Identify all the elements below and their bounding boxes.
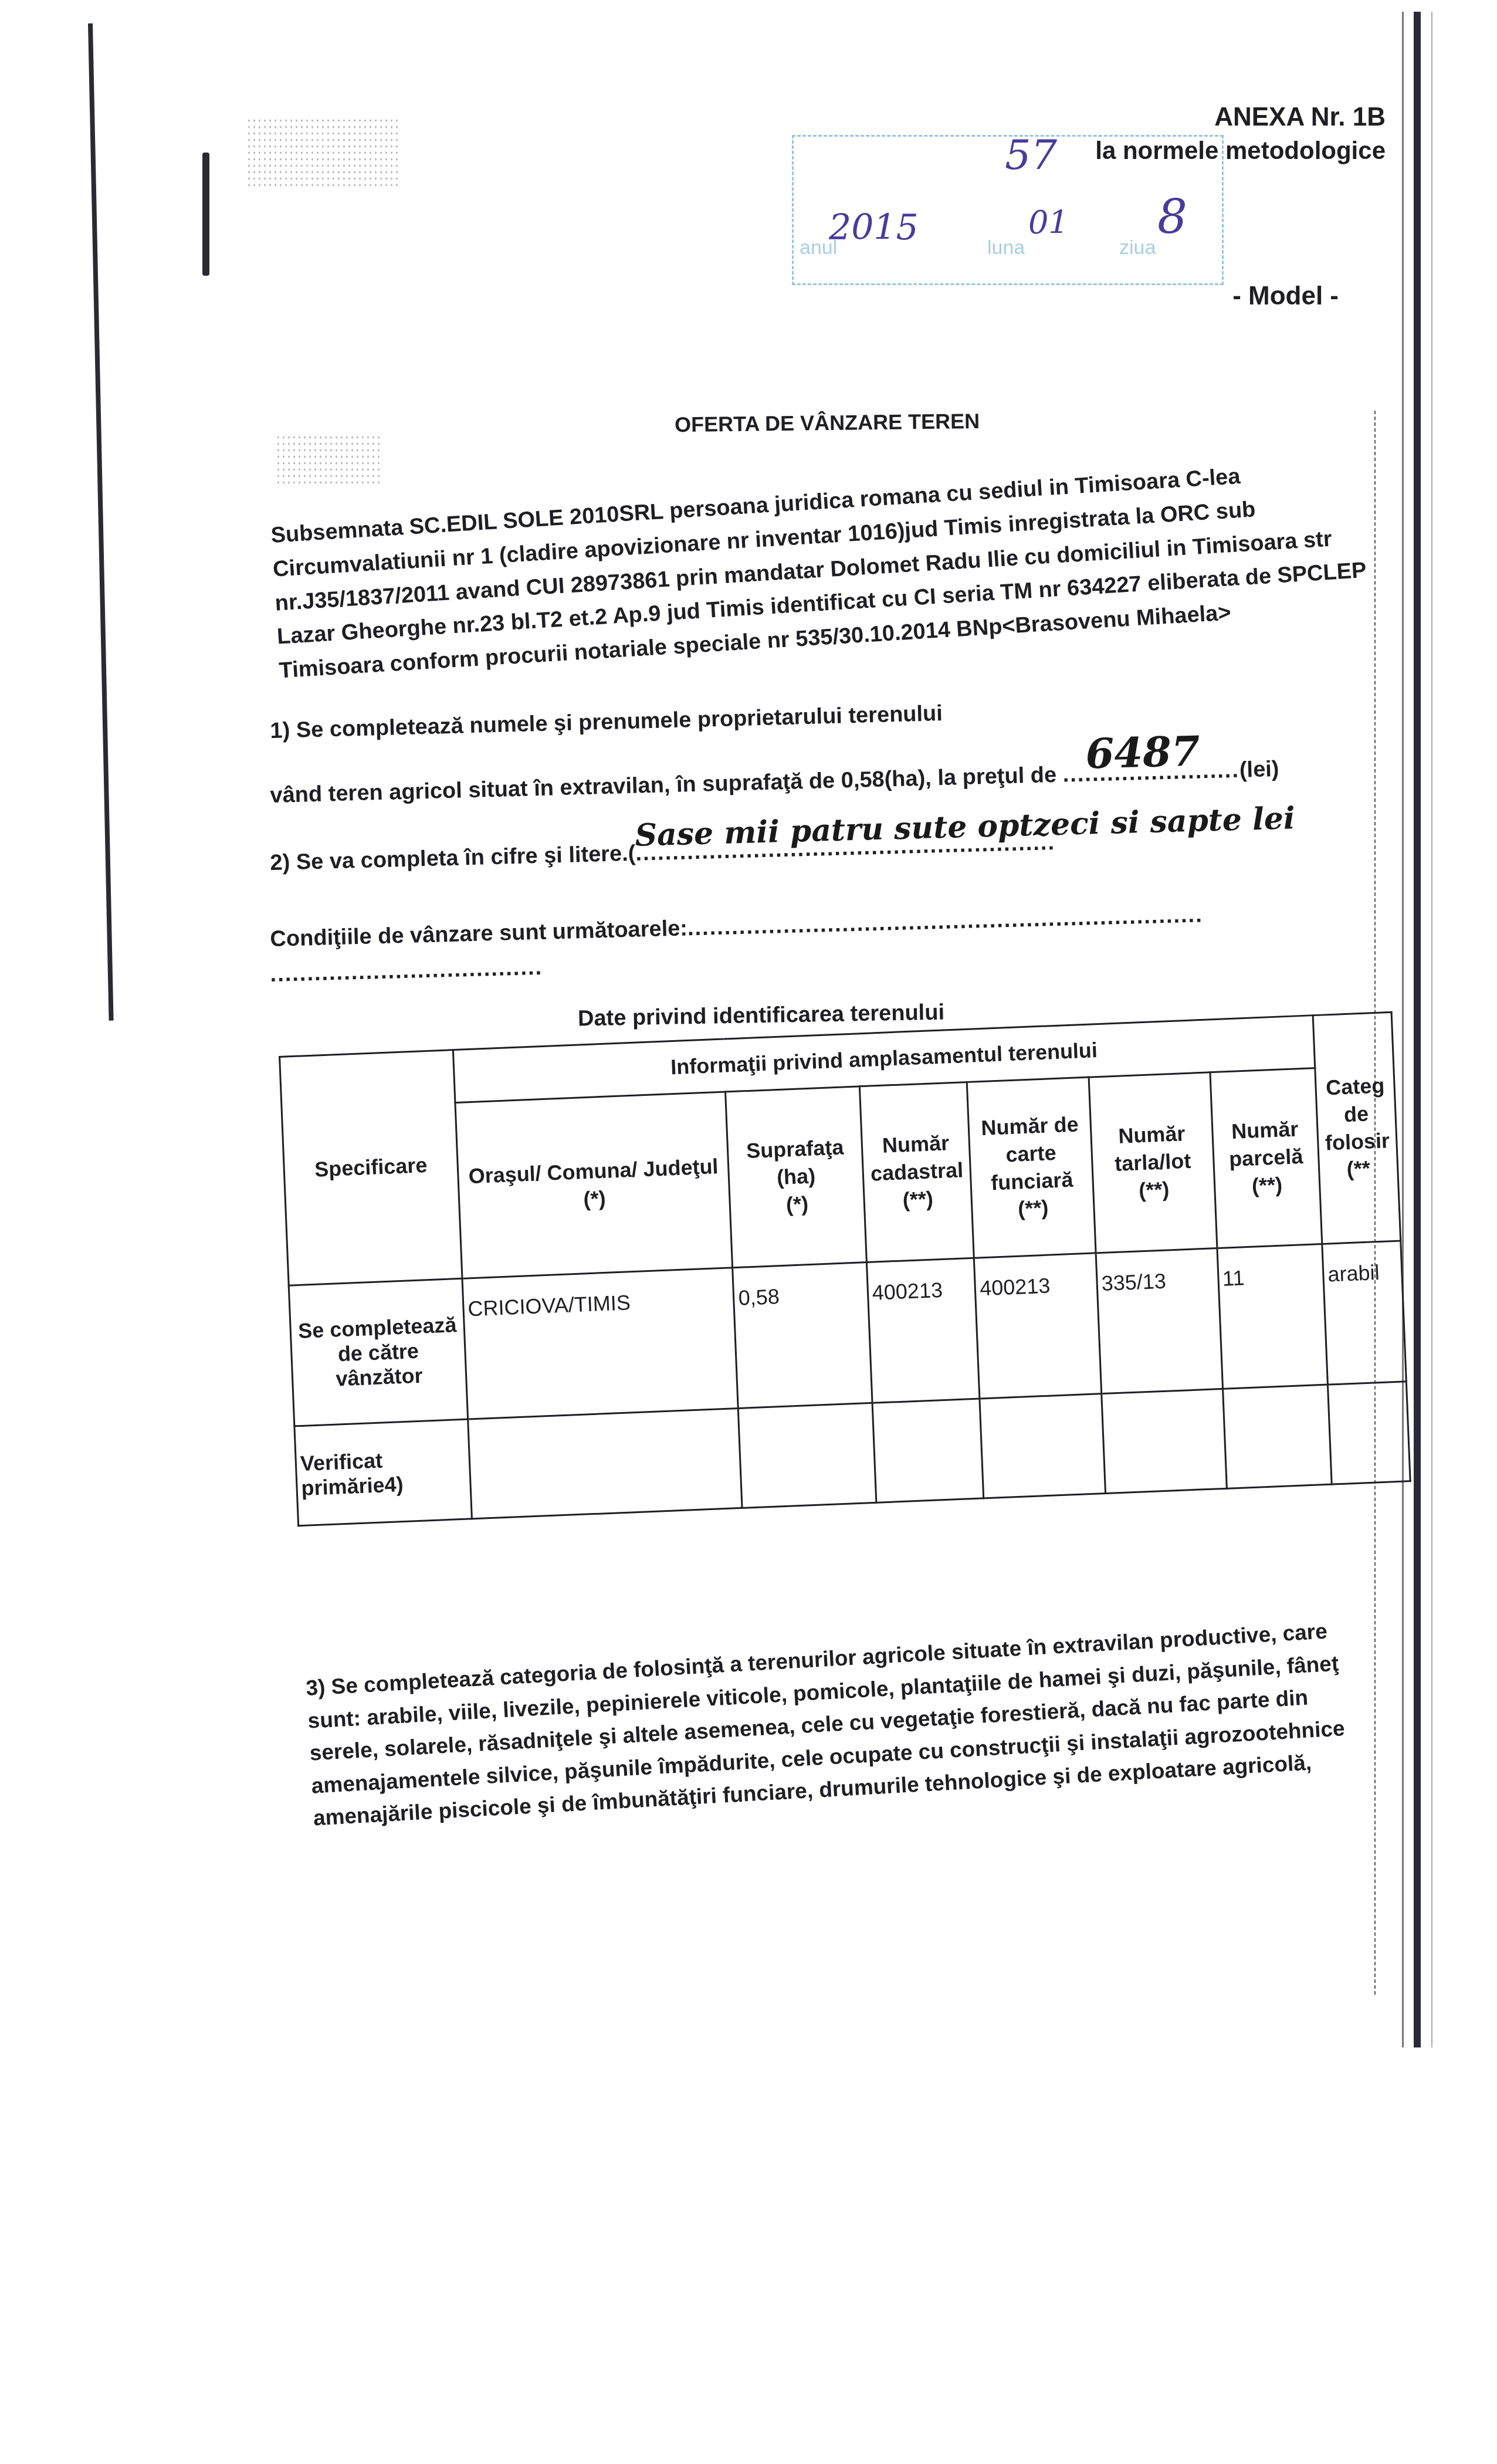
cell-suprafata[interactable] — [739, 1403, 876, 1508]
scan-border — [1431, 12, 1432, 2047]
cell-categorie: arabil — [1322, 1241, 1406, 1385]
annex-title: ANEXA Nr. 1B — [1095, 100, 1386, 134]
scan-edge-artifact — [88, 23, 114, 1021]
handwritten-day: 8 — [1157, 189, 1187, 244]
handwritten-price: 6487 — [1085, 726, 1201, 778]
header-localitate: Oraşul/ Comuna/ Judeţul(*) — [455, 1092, 733, 1278]
cell-localitate[interactable] — [468, 1409, 743, 1519]
cell-specificare: Se completează de către vânzător — [289, 1278, 468, 1426]
header-parcela: Număr parcelă(**) — [1210, 1068, 1322, 1248]
punch-hole-mark — [202, 153, 209, 276]
conditions-field-2[interactable]: ..................................... — [270, 955, 543, 987]
cell-cadastral: 400213 — [866, 1258, 980, 1403]
registration-stamp: anul luna ziua 57 2015 01 8 — [792, 135, 1224, 285]
document-title: OFERTA DE VÂNZARE TEREN — [675, 409, 980, 437]
conditions-label: Condiţiile de vânzare sunt următoarele: — [270, 916, 687, 952]
cell-parcela: 11 — [1217, 1244, 1327, 1389]
header-cadastral: Număr cadastral(**) — [859, 1082, 974, 1262]
header-specificare: Specificare — [280, 1050, 462, 1286]
header-carte-funciara: Număr de carte funciară(**) — [967, 1077, 1096, 1258]
cell-carte-funciara: 400213 — [974, 1253, 1102, 1399]
price-field[interactable]: 6487........................ — [1062, 758, 1239, 788]
header-tarla: Număr tarla/lot(**) — [1089, 1072, 1217, 1253]
sale-line-text: vând teren agricol situat în extravilan,… — [270, 763, 1063, 808]
stamp-label-day: ziua — [1119, 236, 1156, 259]
cell-parcela[interactable] — [1222, 1385, 1332, 1488]
seller-identification-paragraph: Subsemnata SC.EDIL SOLE 2010SRL persoana… — [270, 451, 1404, 688]
cell-specificare: Verificat primărie4) — [294, 1419, 472, 1526]
amount-in-words-field[interactable]: Sase mii patru sute optzeci si sapte lei… — [635, 830, 1056, 867]
note-2: 2) Se va completa în cifre şi litere.(Sa… — [270, 830, 1055, 876]
scan-noise — [276, 434, 381, 487]
note-1: 1) Se completează numele şi prenumele pr… — [270, 701, 943, 744]
cell-tarla[interactable] — [1102, 1389, 1227, 1493]
cell-carte-funciara[interactable] — [980, 1394, 1105, 1498]
scan-noise — [246, 117, 399, 188]
land-identification-table: Specificare Informaţii privind amplasame… — [279, 1011, 1411, 1527]
header-suprafata: Suprafaţa (ha)(*) — [726, 1087, 866, 1268]
sale-conditions: Condiţiile de vânzare sunt următoarele:.… — [270, 902, 1203, 952]
currency-label: (lei) — [1239, 757, 1279, 783]
footnote-3: 3) Se completează categoria de folosinţă… — [305, 1610, 1427, 1835]
sale-line: vând teren agricol situat în extravilan,… — [270, 757, 1279, 808]
cell-localitate: CRICIOVA/TIMIS — [462, 1268, 739, 1419]
cell-suprafata: 0,58 — [733, 1263, 872, 1409]
conditions-continuation: ..................................... — [270, 955, 543, 987]
handwritten-month: 01 — [1028, 204, 1069, 241]
table-caption: Date privind identificarea terenului — [578, 1000, 945, 1032]
handwritten-reg-number: 57 — [1005, 131, 1057, 179]
conditions-field[interactable]: ........................................… — [687, 902, 1203, 940]
model-label: - Model - — [1232, 282, 1339, 311]
cell-cadastral[interactable] — [872, 1399, 984, 1502]
note-2-text: 2) Se va completa în cifre şi litere.( — [270, 841, 636, 875]
stamp-label-month: luna — [987, 236, 1025, 259]
cell-categorie[interactable] — [1328, 1382, 1411, 1484]
handwritten-year: 2015 — [829, 207, 919, 248]
header-categorie: Categ de folosir (** — [1313, 1012, 1400, 1244]
land-identification-table-wrapper: Specificare Informaţii privind amplasame… — [279, 1011, 1411, 1527]
cell-tarla: 335/13 — [1096, 1248, 1222, 1394]
